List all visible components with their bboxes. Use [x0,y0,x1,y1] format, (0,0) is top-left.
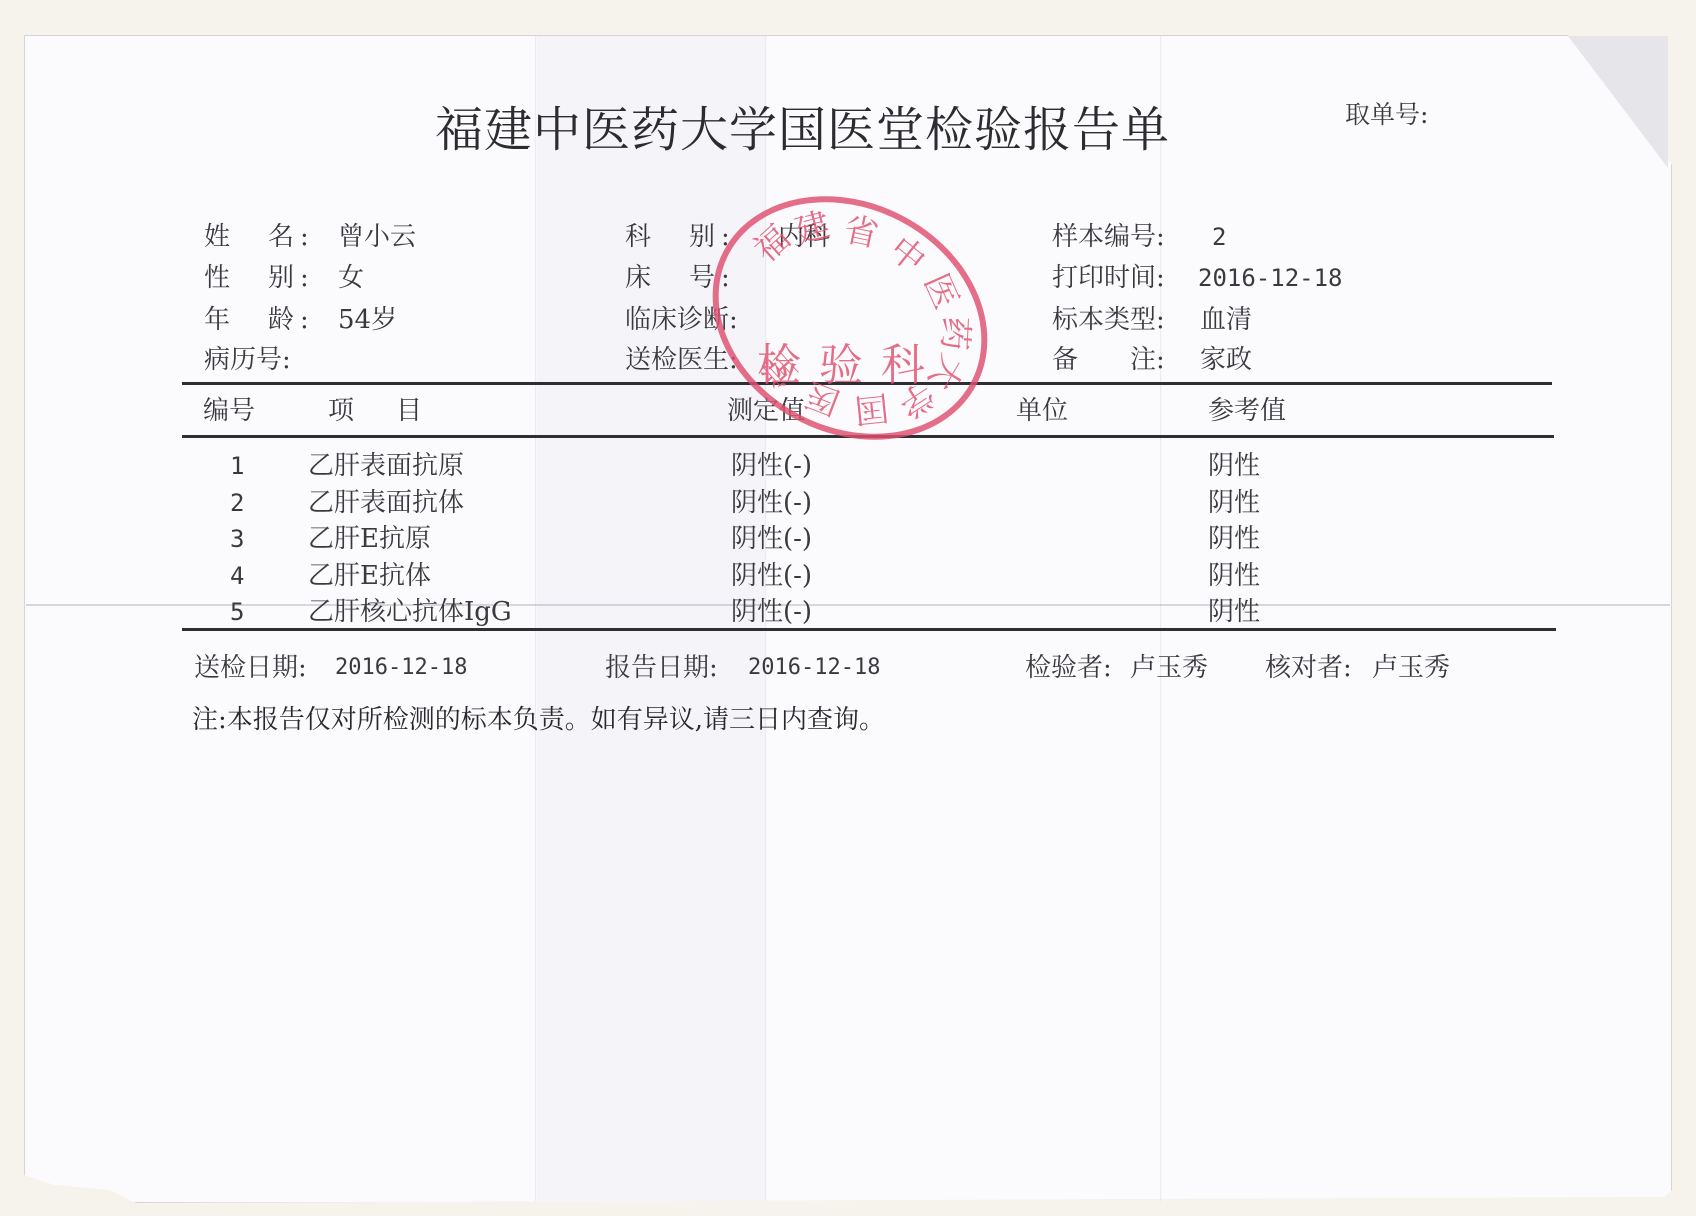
row-item: 乙肝E抗原 [308,526,431,552]
row-number: 4 [230,564,244,588]
age-label: 年 龄: [204,307,315,333]
sample-type-label: 标本类型: [1052,307,1165,333]
row-item: 乙肝核心抗体IgG [308,599,512,625]
row-item: 乙肝表面抗原 [308,453,464,479]
diagnosis-label: 临床诊断: [625,307,738,333]
print-time-label: 打印时间: [1052,265,1165,291]
submit-date-label: 送检日期: [194,655,307,681]
row-reference: 阴性 [1208,563,1260,589]
sample-no-value: 2 [1212,225,1226,249]
fold-crease [26,604,1670,606]
dept-label: 科 别: [625,224,736,250]
row-number: 5 [230,600,244,624]
header-no: 编号 [203,398,255,424]
report-paper [24,35,1672,1203]
row-item: 乙肝表面抗体 [308,490,464,516]
checker-value: 卢玉秀 [1372,655,1450,681]
header-item: 项 目 [328,398,430,424]
remark-label: 备 注: [1052,347,1165,373]
table-top-rule [182,382,1552,385]
name-value: 曾小云 [338,224,416,250]
row-result: 阴性(-) [731,490,812,516]
row-reference: 阴性 [1208,526,1260,552]
submit-date-value: 2016-12-18 [335,657,467,679]
header-unit: 单位 [1016,398,1068,424]
row-number: 1 [230,454,244,478]
report-title: 福建中医药大学国医堂检验报告单 [435,106,1170,154]
table-header-rule [182,435,1554,438]
header-result: 测定值 [727,398,805,424]
row-item: 乙肝E抗体 [308,563,431,589]
row-result: 阴性(-) [731,563,812,589]
sex-label: 性 别: [204,265,315,291]
report-date-value: 2016-12-18 [748,657,880,679]
sex-value: 女 [338,265,364,291]
row-reference: 阴性 [1208,490,1260,516]
remark-value: 家政 [1200,347,1252,373]
name-label: 姓 名: [204,224,315,250]
bed-label: 床 号: [625,265,736,291]
dept-value: 内科 [778,224,830,250]
row-result: 阴性(-) [731,453,812,479]
print-time-value: 2016-12-18 [1198,266,1343,290]
row-number: 3 [230,527,244,551]
row-reference: 阴性 [1208,599,1260,625]
row-result: 阴性(-) [731,599,812,625]
report-date-label: 报告日期: [605,655,718,681]
age-value: 54岁 [338,307,397,333]
fold-crease [1160,36,1162,1201]
header-reference: 参考值 [1208,398,1286,424]
tester-value: 卢玉秀 [1130,655,1208,681]
record-no-label: 病历号: [204,347,291,373]
checker-label: 核对者: [1265,655,1352,681]
row-reference: 阴性 [1208,453,1260,479]
doctor-label: 送检医生: [625,347,738,373]
row-result: 阴性(-) [731,526,812,552]
row-number: 2 [230,491,244,515]
disclaimer-note: 注:本报告仅对所检测的标本负责。如有异议,请三日内查询。 [192,707,885,733]
order-number-label: 取单号: [1345,102,1428,127]
table-bottom-rule [182,628,1556,631]
sample-type-value: 血清 [1200,307,1252,333]
sample-no-label: 样本编号: [1052,224,1165,250]
tester-label: 检验者: [1025,655,1112,681]
